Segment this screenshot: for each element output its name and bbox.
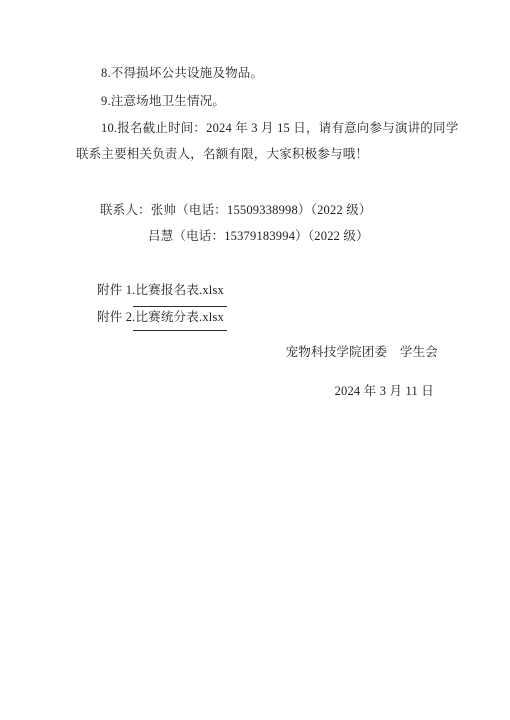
contact-line-1: 联系人：张帅（电话：15509338998）（2022 级） — [100, 203, 372, 217]
rule-item-10-line-1: 10.报名截止时间：2024 年 3 月 15 日，请有意向参与演讲的同学 — [101, 121, 458, 135]
rule-item-10-line-2: 联系主要相关负责人，名额有限，大家积极参与哦！ — [76, 147, 368, 161]
attachment-2-filename-link[interactable]: 比赛统分表.xlsx — [136, 310, 224, 324]
rule-item-8: 8.不得损坏公共设施及物品。 — [101, 66, 263, 80]
contact-line-2: 吕慧（电话：15379183994）（2022 级） — [148, 229, 369, 243]
date-line: 2024 年 3 月 11 日 — [335, 384, 434, 398]
signature-line: 宠物科技学院团委 学生会 — [286, 345, 438, 359]
attachment-line-2: 附件 2.比赛统分表.xlsx — [97, 310, 224, 324]
attachment-line-1: 附件 1.比赛报名表.xlsx — [97, 283, 224, 297]
document-page: 8.不得损坏公共设施及物品。 9.注意场地卫生情况。 10.报名截止时间：202… — [0, 0, 510, 720]
attachment-1-underline — [133, 306, 227, 307]
rule-item-9: 9.注意场地卫生情况。 — [101, 94, 225, 108]
attachment-2-underline — [133, 330, 227, 331]
attachment-2-prefix: 附件 2. — [97, 310, 136, 324]
attachment-1-prefix: 附件 1. — [97, 283, 136, 297]
attachment-1-filename-link[interactable]: 比赛报名表.xlsx — [136, 283, 224, 297]
